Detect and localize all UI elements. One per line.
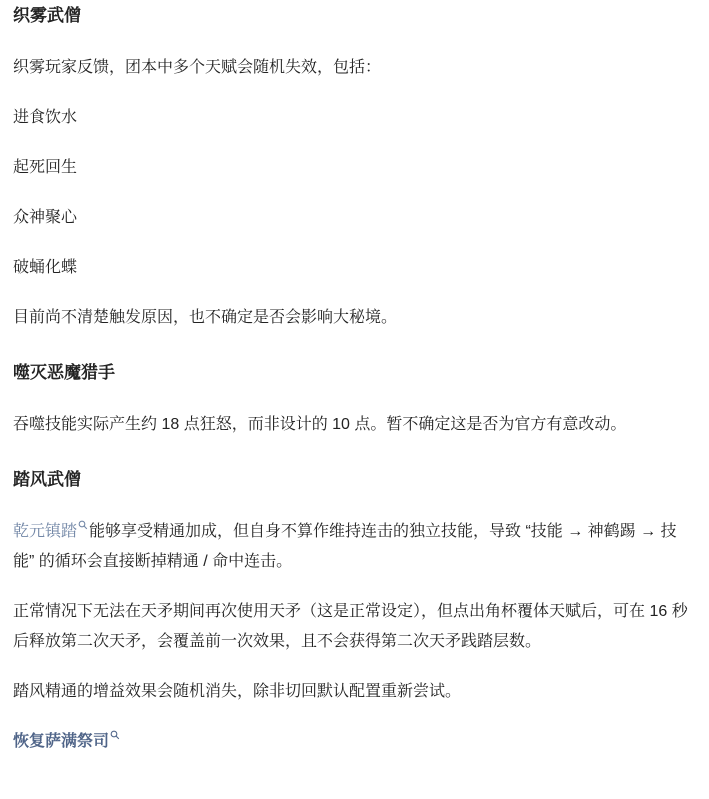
search-icon bbox=[110, 720, 120, 750]
paragraph-with-link: 乾元镇踏能够享受精通加成，但自身不算作维持连击的独立技能，导致 “技能 → 神鹤… bbox=[13, 517, 695, 577]
paragraph-with-link: 恢复萨满祭司 bbox=[13, 727, 695, 757]
paragraph: 正常情况下无法在天矛期间再次使用天矛（这是正常设定），但点出角杯覆体天赋后，可在… bbox=[13, 597, 695, 657]
spec-link-restoration-shaman[interactable]: 恢复萨满祭司 bbox=[13, 733, 121, 750]
article: 织雾武僧 织雾玩家反馈，团本中多个天赋会随机失效，包括： 进食饮水 起死回生 众… bbox=[0, 0, 709, 799]
link-text: 恢复萨满祭司 bbox=[13, 733, 109, 750]
link-text: 乾元镇踏 bbox=[13, 523, 77, 540]
section-heading-mistweaver-monk: 织雾武僧 bbox=[13, 1, 695, 31]
list-item-food-drink: 进食饮水 bbox=[13, 103, 695, 133]
paragraph: 目前尚不清楚触发原因，也不确定是否会影响大秘境。 bbox=[13, 303, 695, 333]
list-item-chrysalis: 破蛹化蝶 bbox=[13, 253, 695, 283]
section-heading-vengeance-demon-hunter: 噬灭恶魔猎手 bbox=[13, 358, 695, 388]
list-item-unity-within: 众神聚心 bbox=[13, 203, 695, 233]
paragraph: 踏风精通的增益效果会随机消失，除非切回默认配置重新尝试。 bbox=[13, 677, 695, 707]
paragraph-text: 能够享受精通加成，但自身不算作维持连击的独立技能，导致 “技能 → 神鹤踢 → … bbox=[13, 523, 677, 570]
paragraph: 吞噬技能实际产生约 18 点狂怒，而非设计的 10 点。暂不确定这是否为官方有意… bbox=[13, 410, 695, 440]
paragraph: 织雾玩家反馈，团本中多个天赋会随机失效，包括： bbox=[13, 53, 695, 83]
list-item-revival: 起死回生 bbox=[13, 153, 695, 183]
search-icon bbox=[78, 510, 88, 540]
section-heading-windwalker-monk: 踏风武僧 bbox=[13, 465, 695, 495]
ability-link-qianyuan-stomp[interactable]: 乾元镇踏 bbox=[13, 523, 89, 540]
